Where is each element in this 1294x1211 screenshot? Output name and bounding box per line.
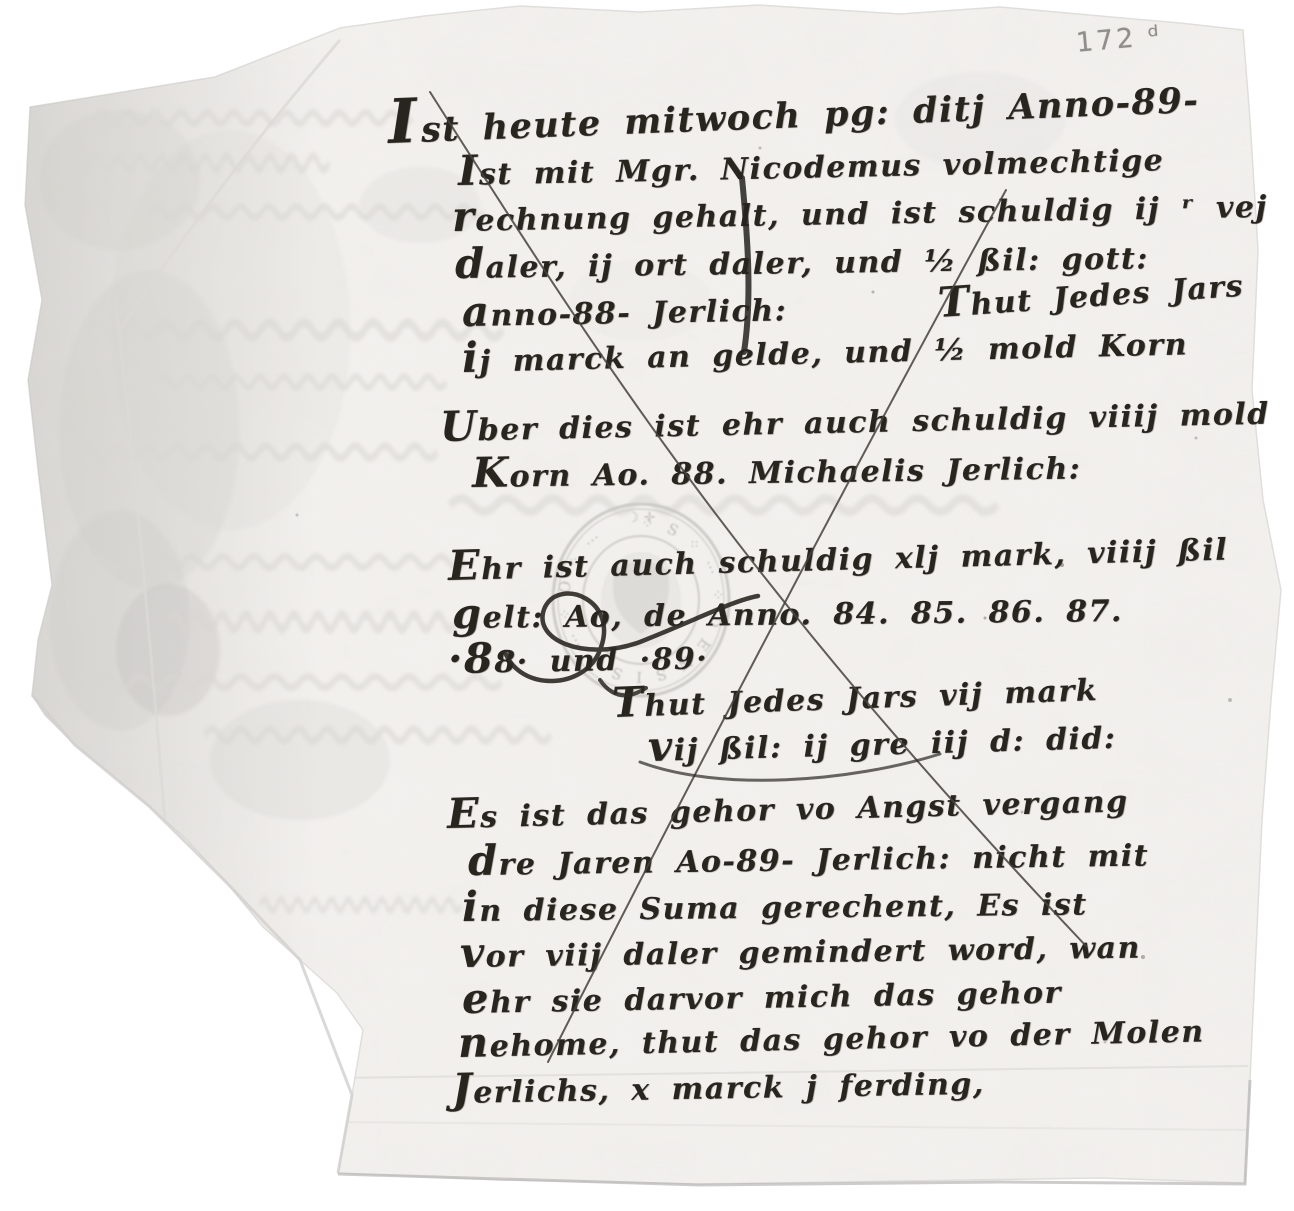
stamp-crest: ☽ ✛	[627, 510, 656, 526]
manuscript-scan: ⁘ S ⁘ ⋯ ⁘ D E N S I S ⁘ ⋯ ⁘ O ⁘ ⋯ ☽ ✛ Is…	[0, 0, 1294, 1211]
paper-sheet: ⁘ S ⁘ ⋯ ⁘ D E N S I S ⁘ ⋯ ⁘ O ⁘ ⋯ ☽ ✛	[0, 0, 1294, 1211]
